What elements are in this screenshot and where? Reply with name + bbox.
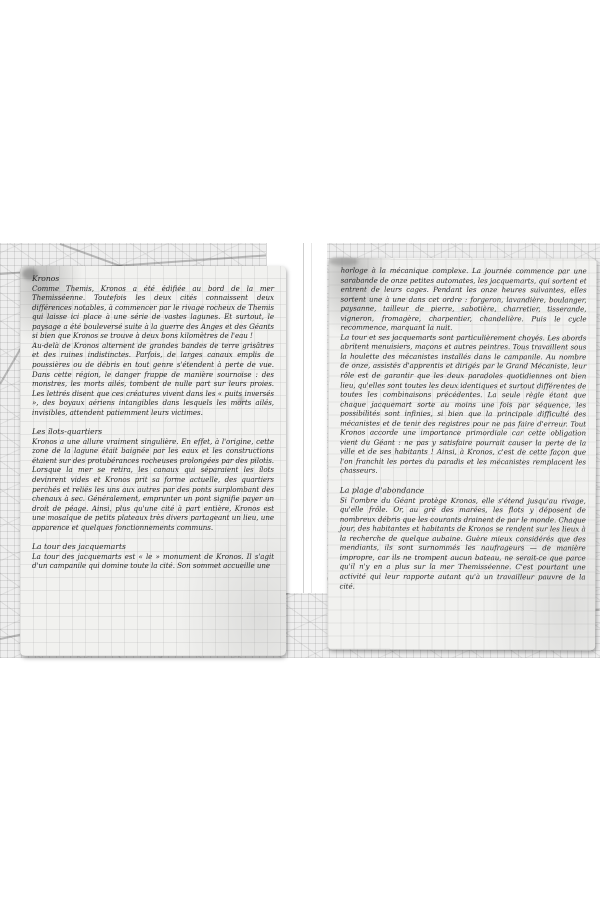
section-title-kronos: Kronos — [32, 274, 274, 284]
paragraph: horloge à la mécanique complexe. La jour… — [340, 266, 586, 334]
section-title-ilots-quartiers: Les îlots-quartiers — [32, 427, 274, 437]
paper-stain — [238, 396, 244, 404]
paragraph: Comme Themis, Kronos a été édifiée au bo… — [32, 284, 274, 341]
paragraph: Si l'ombre du Géant protège Kronos, elle… — [340, 495, 586, 591]
paragraph: Au-delà de Kronos alternent de grandes b… — [32, 341, 274, 417]
paper-stain — [329, 258, 359, 266]
paragraph: La tour et ses jacquemarts sont particul… — [340, 332, 586, 476]
section-title-tour-jacquemarts: La tour des jacquemarts — [32, 542, 274, 552]
paragraph: La tour des jacquemarts est « le » monum… — [32, 552, 274, 571]
section-title-plage-abondance: La plage d'abondance — [340, 486, 586, 496]
paragraph: Kronos a une allure vraiment singulière.… — [32, 437, 274, 532]
left-note-paper: Kronos Comme Themis, Kronos a été édifié… — [20, 266, 286, 656]
right-note-paper: horloge à la mécanique complexe. La jour… — [327, 258, 596, 651]
paper-stain — [22, 268, 38, 280]
